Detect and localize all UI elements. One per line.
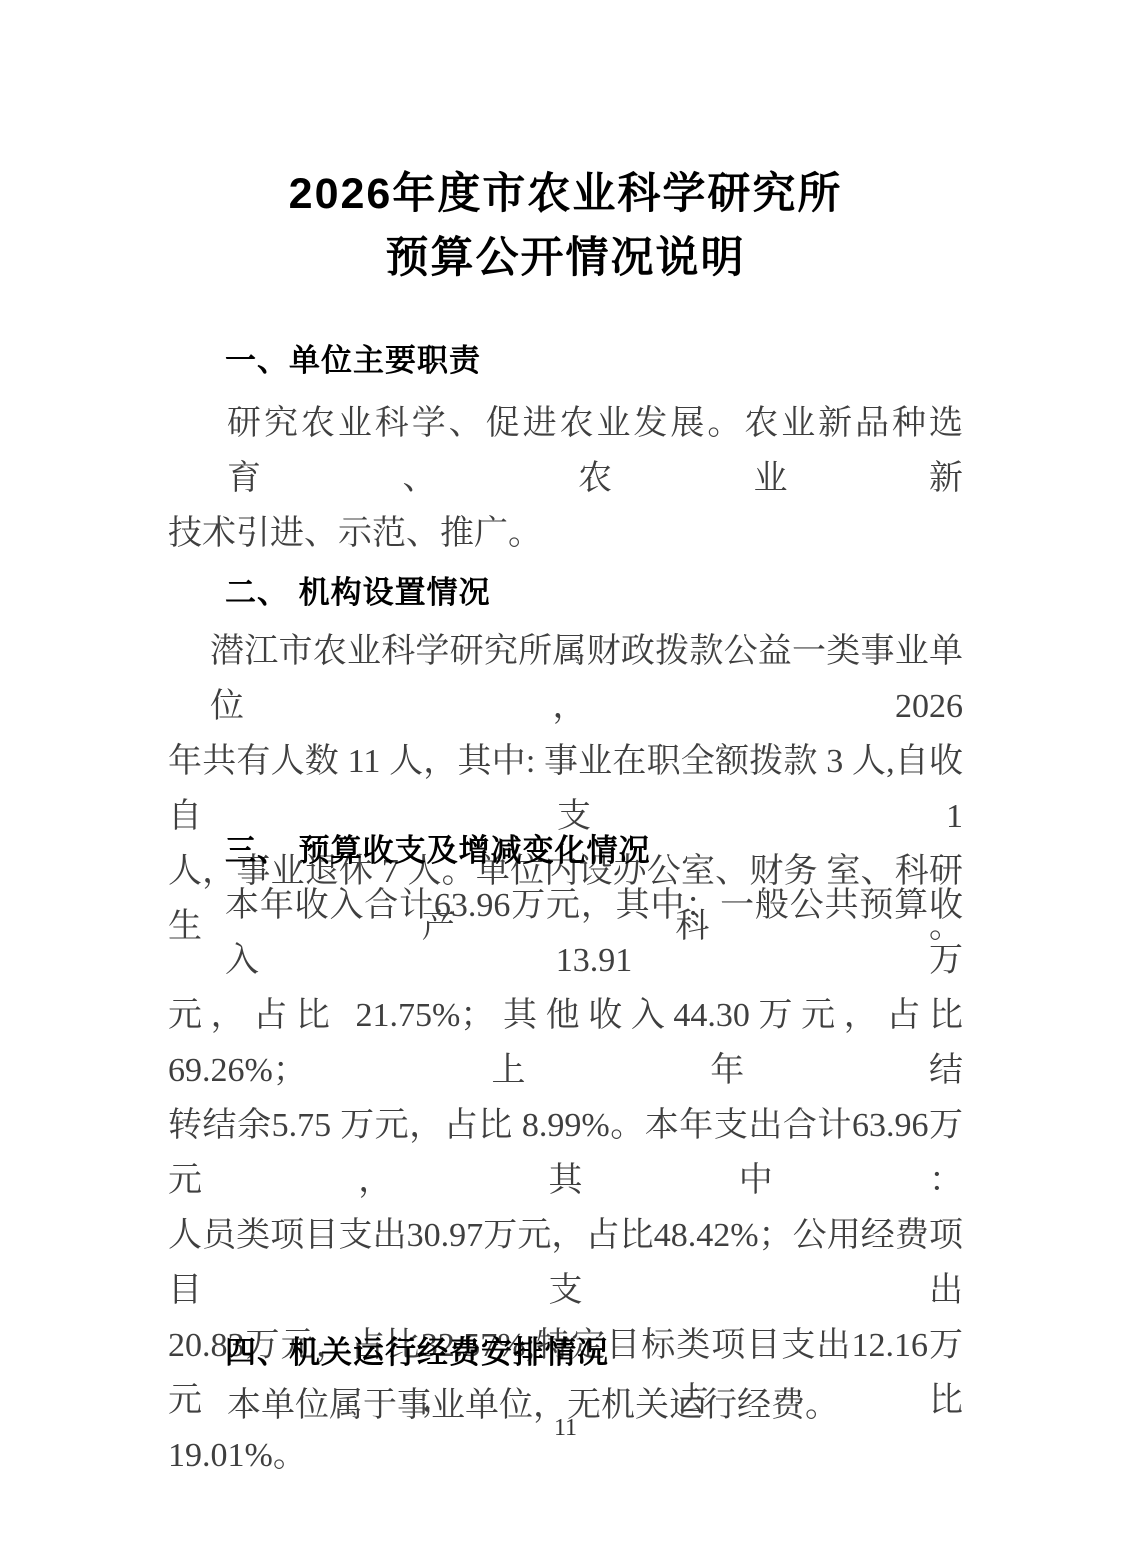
paragraph-line: 潜江市农业科学研究所属财政拨款公益一类事业单位，2026 (168, 624, 963, 734)
section-heading: 二、 机构设置情况 (168, 572, 963, 614)
title-line-1: 2026年度市农业科学研究所 (168, 162, 963, 226)
section-heading: 三、 预算收支及增减变化情况 (168, 830, 963, 872)
paragraph-line: 本年收入合计63.96万元，其中：一般公共预算收入13.91万 (168, 878, 963, 988)
paragraph-line: 年共有人数 11 人，其中: 事业在职全额拨款 3 人,自收自支1 (168, 734, 963, 844)
paragraph-line: 元，占比 21.75%；其他收入44.30万元，占比 69.26%；上年结 (168, 988, 963, 1098)
paragraph-line: 研究农业科学、促进农业发展。农业新品种选育、农业新 (168, 396, 963, 506)
document-page: 2026年度市农业科学研究所 预算公开情况说明 一、单位主要职责 研究农业科学、… (0, 0, 1134, 1560)
section-heading: 四、机关运行经费安排情况 (168, 1332, 963, 1374)
paragraph-line: 转结余5.75 万元，占比 8.99%。本年支出合计63.96万元，其中： (168, 1098, 963, 1208)
paragraph-line: 技术引进、示范、推广。 (168, 506, 963, 561)
paragraph-line: 人员类项目支出30.97万元，占比48.42%；公用经费项目支出 (168, 1208, 963, 1318)
title-line-2: 预算公开情况说明 (168, 226, 963, 290)
section-heading: 一、单位主要职责 (168, 340, 963, 382)
document-title: 2026年度市农业科学研究所 预算公开情况说明 (168, 162, 963, 290)
section: 一、单位主要职责 研究农业科学、促进农业发展。农业新品种选育、农业新技术引进、示… (168, 340, 963, 561)
section-paragraph: 研究农业科学、促进农业发展。农业新品种选育、农业新技术引进、示范、推广。 (168, 396, 963, 561)
page-number: 11 (168, 1414, 963, 1442)
